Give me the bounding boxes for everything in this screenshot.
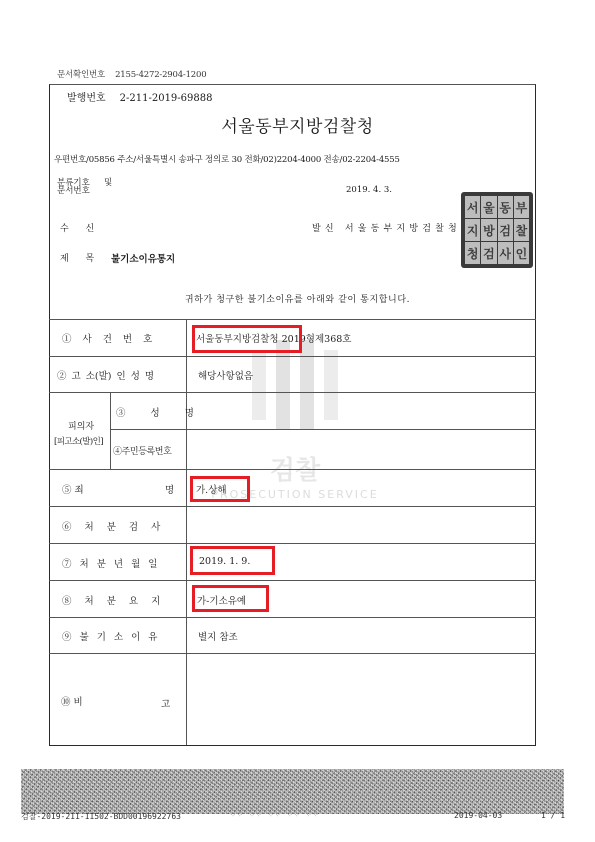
- row-complainant-label: ② 고 소(발) 인 성 명: [57, 368, 154, 382]
- agency-address: 우편번호/05856 주소/서울특별시 송파구 정의로 30 전화/02)220…: [54, 153, 400, 165]
- classification-label: 분류기호 문서번호 및: [57, 179, 90, 195]
- row-case-number-label: ① 사 건 번 호: [62, 331, 152, 345]
- footer-document-code: 검찰-2019-211-11502-BDD00196922763: [21, 811, 181, 822]
- recipient-label: 수 신: [60, 221, 94, 234]
- row-remarks-label-right: 고: [161, 696, 170, 710]
- footer-page-number: 1 / 1: [541, 811, 565, 820]
- table-divider: [49, 319, 536, 320]
- classification-and: 및: [104, 179, 112, 187]
- official-seal-icon: 서 울 동 부 지 방 검 찰 청 검 사 인: [461, 192, 533, 268]
- subject-value: 불기소이유통지: [111, 251, 175, 265]
- row-disposition-summary-label: ⑧ 처 분 요 지: [62, 593, 160, 607]
- subject-label: 제 목: [60, 251, 94, 264]
- seal-char: 사: [498, 242, 513, 264]
- issue-label: 발행번호: [67, 93, 106, 104]
- seal-char: 부: [514, 196, 529, 218]
- issue-number: 발행번호2-211-2019-69888: [67, 89, 213, 104]
- highlight-box: [192, 585, 269, 612]
- row-prosecutor-label: ⑥ 처 분 검 사: [62, 519, 160, 533]
- table-divider: [49, 356, 536, 357]
- seal-char: 청: [465, 242, 480, 264]
- row-disposition-date-label: ⑦ 처 분 년 월 일: [62, 556, 157, 570]
- sender-value: 서울동부지방검찰청: [345, 224, 461, 234]
- table-divider: [49, 469, 536, 470]
- row-charge-label-right: 명: [165, 482, 174, 496]
- document-date: 2019. 4. 3.: [346, 185, 392, 195]
- seal-char: 지: [465, 219, 480, 241]
- sender: 발신 서울동부지방검찰청: [312, 221, 461, 234]
- classification-label-line2: 문서번호: [57, 187, 90, 195]
- document-confirmation-number: 문서확인번호2155-4272-2904-1200: [57, 68, 206, 80]
- seal-char: 서: [465, 196, 480, 218]
- seal-char: 울: [481, 196, 496, 218]
- table-divider: [49, 392, 536, 393]
- footer-dot-pattern: ⁘⁘ ⁘⁘ ⁘⁘ ⁘⁘ ⁘⁘: [230, 811, 320, 819]
- table-column-divider: [186, 319, 187, 745]
- highlight-box: [192, 325, 302, 353]
- issue-value: 2-211-2019-69888: [120, 93, 213, 104]
- table-divider: [49, 543, 536, 544]
- row-complainant-value: 해당사항없음: [198, 368, 253, 382]
- agency-title: 서울동부지방검찰청: [0, 112, 595, 137]
- intro-text: 귀하가 청구한 불기소이유를 아래와 같이 통지합니다.: [0, 292, 595, 305]
- highlight-box: [190, 476, 250, 502]
- row-charge-label-left: ⑤ 죄: [62, 482, 84, 496]
- seal-char: 방: [481, 219, 496, 241]
- table-divider: [49, 580, 536, 581]
- security-noise-band: [21, 769, 564, 814]
- seal-char: 검: [498, 219, 513, 241]
- footer-date: 2019-04-03: [454, 811, 502, 820]
- row-resident-number-label: ④주민등록번호: [113, 444, 171, 457]
- seal-char: 인: [514, 242, 529, 264]
- row-remarks-label-left: ⑩ 비: [61, 694, 83, 708]
- row-suspect-name-label: ③ 성 명: [116, 405, 194, 419]
- sender-label: 발신: [312, 224, 338, 234]
- table-divider: [49, 617, 536, 618]
- table-column-divider: [110, 392, 111, 469]
- suspect-group-sublabel: [피고소(발)인]: [54, 435, 103, 447]
- doc-confirm-label: 문서확인번호: [57, 70, 105, 80]
- suspect-group-label: 피의자: [68, 419, 94, 432]
- seal-char: 동: [498, 196, 513, 218]
- doc-confirm-value: 2155-4272-2904-1200: [115, 70, 206, 80]
- highlight-box: [190, 546, 275, 575]
- table-divider: [49, 653, 536, 654]
- seal-char: 검: [481, 242, 496, 264]
- row-non-indictment-reason-value: 별지 참조: [198, 629, 238, 643]
- table-divider: [110, 429, 536, 430]
- row-non-indictment-reason-label: ⑨ 불 기 소 이 유: [62, 629, 157, 643]
- seal-char: 찰: [514, 219, 529, 241]
- table-divider: [49, 506, 536, 507]
